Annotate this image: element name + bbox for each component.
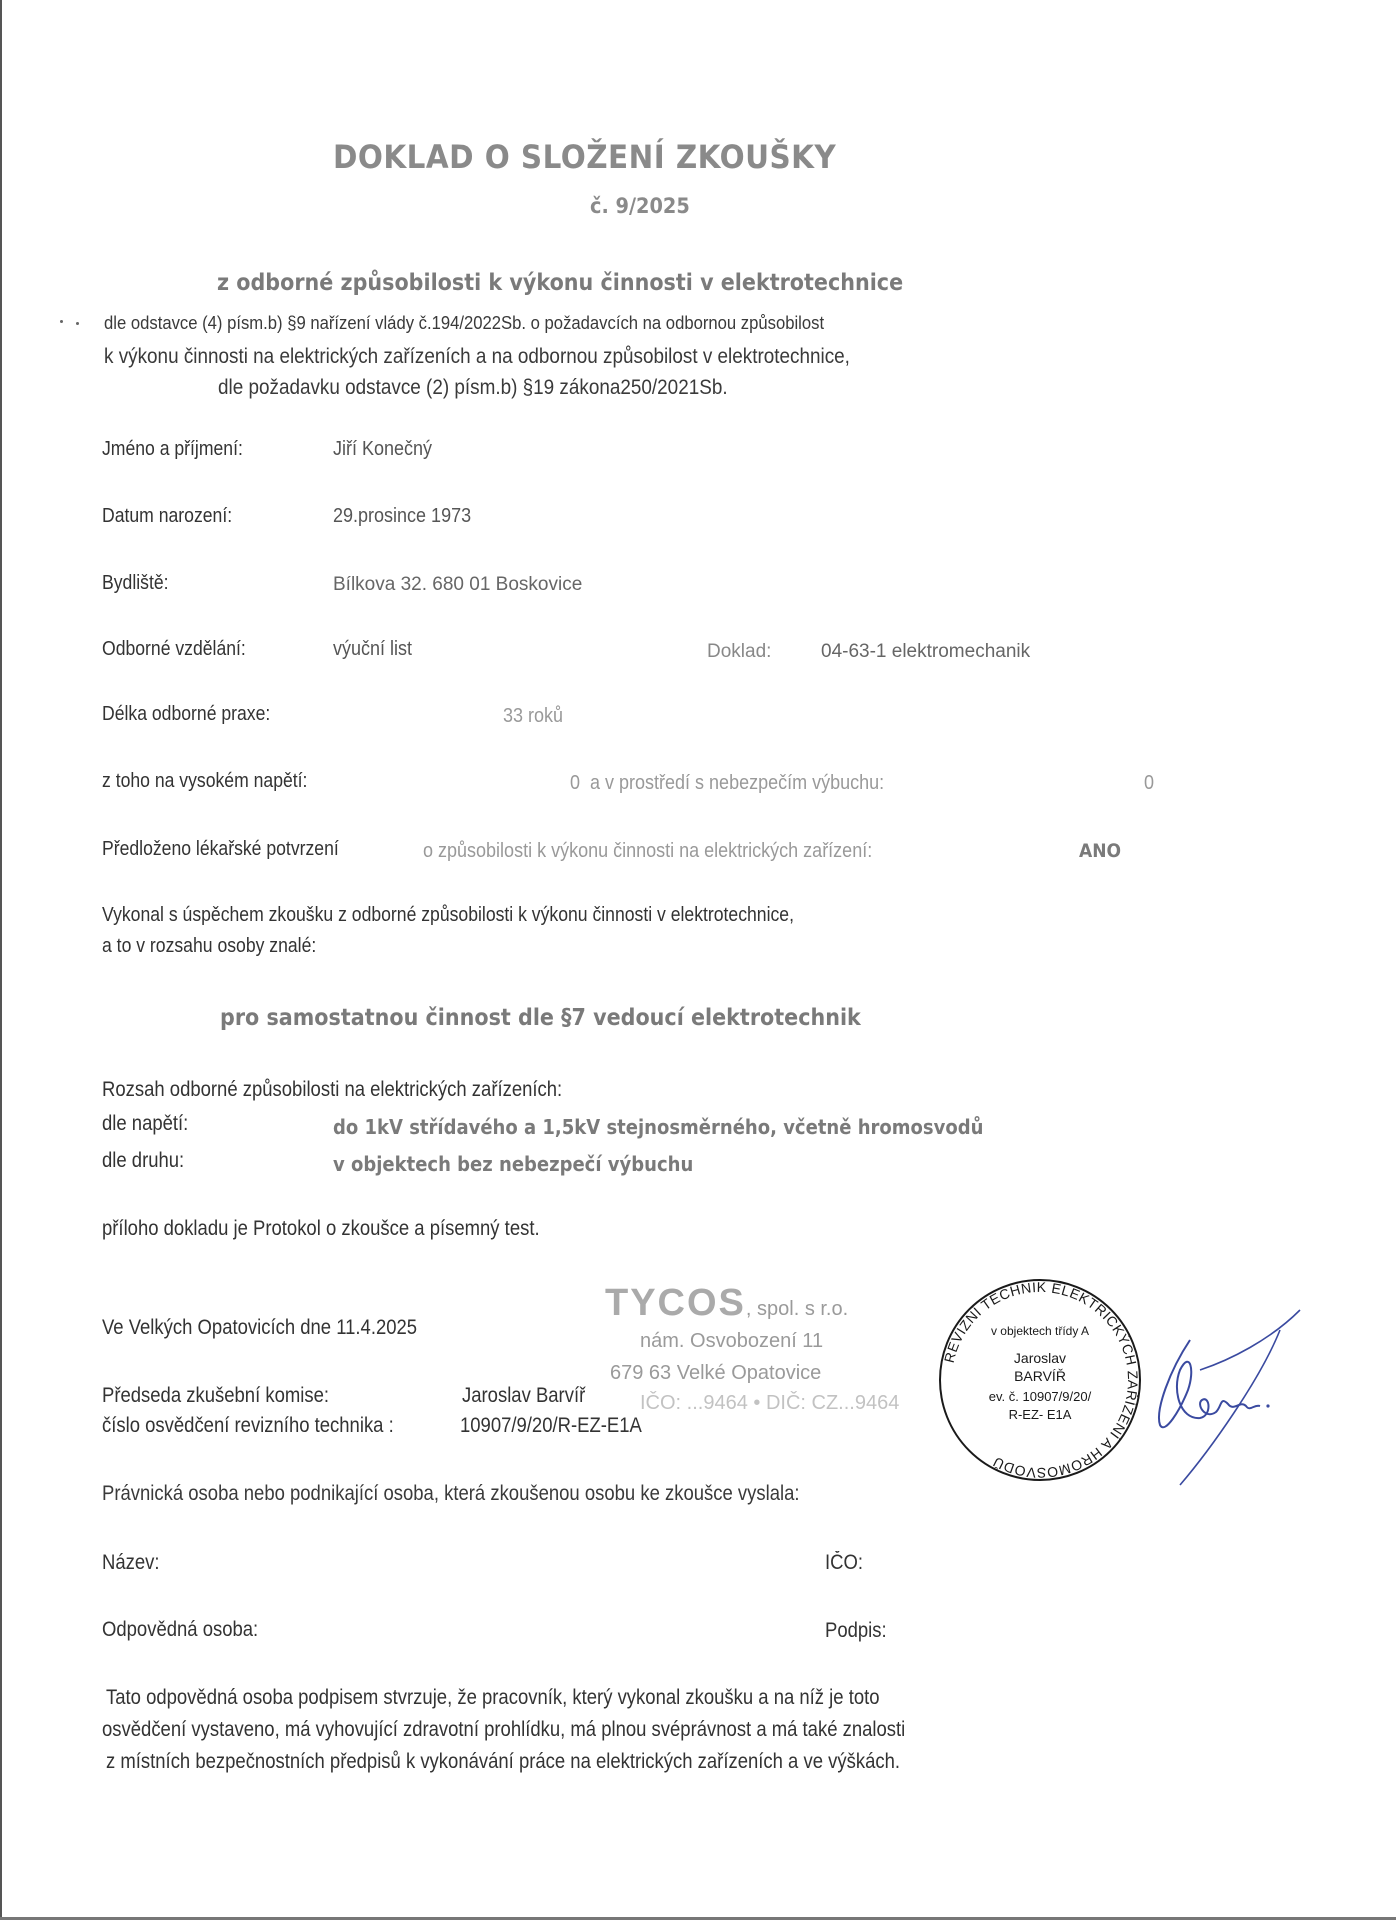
scope-voltage-label: dle napětí: <box>102 1112 188 1136</box>
document-subtitle: z odborné způsobilosti k výkonu činnosti… <box>217 270 903 296</box>
responsible-person-label: Odpovědná osoba: <box>102 1618 258 1642</box>
declaration-line-1: Tato odpovědná osoba podpisem stvrzuje, … <box>106 1686 880 1710</box>
explosive-env-value: 0 <box>1144 772 1154 795</box>
high-voltage-label: z toho na vysokém napětí: <box>102 770 307 793</box>
scope-type-label: dle druhu: <box>102 1149 184 1173</box>
place-and-date: Ve Velkých Opatovicích dne 11.4.2025 <box>102 1316 417 1340</box>
scan-speck <box>76 322 79 325</box>
practice-value: 33 roků <box>503 705 563 728</box>
practice-label: Délka odborné praxe: <box>102 703 270 726</box>
document-number: č. 9/2025 <box>590 194 690 218</box>
scan-speck <box>60 320 63 323</box>
address-value: Bílkova 32. 680 01 Boskovice <box>333 574 582 596</box>
medical-label-cont: o způsobilosti k výkonu činnosti na elek… <box>423 840 872 863</box>
round-stamp-name1: Jaroslav <box>1014 1350 1066 1366</box>
company-stamp-ids-wrap: IČO: ...9464 • DIČ: CZ...9464 <box>640 1392 899 1415</box>
round-stamp-name2: BARVÍŘ <box>1014 1368 1066 1384</box>
name-label: Jméno a příjmení: <box>102 438 243 461</box>
company-stamp-street: nám. Osvobození 11 <box>640 1330 823 1352</box>
name-value: Jiří Konečný <box>333 438 432 461</box>
scope-heading: Rozsah odborné způsobilosti na elektrick… <box>102 1078 562 1102</box>
birth-date-value: 29.prosince 1973 <box>333 505 471 528</box>
scanned-document-page: DOKLAD O SLOŽENÍ ZKOUŠKY č. 9/2025 z odb… <box>0 0 1396 1920</box>
company-stamp-name: TYCOS <box>605 1282 746 1324</box>
result-line-2: a to v rozsahu osoby znalé: <box>102 935 316 958</box>
handwritten-signature <box>1150 1300 1310 1490</box>
explosive-env-label: a v prostředí s nebezpečím výbuchu: <box>590 772 884 795</box>
round-stamp-reg2: R-EZ- E1A <box>1009 1407 1072 1422</box>
employer-heading: Právnická osoba nebo podnikající osoba, … <box>102 1482 800 1506</box>
document-title: DOKLAD O SLOŽENÍ ZKOUŠKY <box>333 138 836 176</box>
declaration-line-2: osvědčení vystaveno, má vyhovující zdrav… <box>102 1718 905 1742</box>
round-certification-stamp: REVIZNÍ TECHNIK ELEKTRICKÝCH ZAŘÍZENÍ A … <box>935 1275 1145 1485</box>
birth-date-label: Datum narození: <box>102 505 232 528</box>
certificate-value: 04-63-1 elektromechanik <box>821 641 1030 663</box>
scope-type-value: v objektech bez nebezpečí výbuchu <box>333 1152 693 1176</box>
certificate-label: Doklad: <box>707 641 771 663</box>
legal-basis-line-1: dle odstavce (4) písm.b) §9 nařízení vlá… <box>104 312 824 334</box>
legal-basis-line-3: dle požadavku odstavce (2) písm.b) §19 z… <box>218 376 728 400</box>
company-stamp-street-wrap: nám. Osvobození 11 <box>640 1330 823 1353</box>
round-stamp-inner-top: v objektech třídy A <box>991 1324 1089 1338</box>
medical-value: ANO <box>1079 840 1121 862</box>
employer-name-label: Název: <box>102 1551 160 1575</box>
medical-label: Předloženo lékařské potvrzení <box>102 838 339 861</box>
scan-edge-left <box>0 0 2 1920</box>
employer-signature-label: Podpis: <box>825 1619 887 1643</box>
chair-label: Předseda zkušební komise: <box>102 1384 329 1408</box>
company-stamp-ids: IČO: ...9464 • DIČ: CZ...9464 <box>640 1392 899 1414</box>
company-stamp: TYCOS, spol. s r.o. <box>605 1282 848 1325</box>
result-line-1: Vykonal s úspěchem zkoušku z odborné způ… <box>102 904 794 927</box>
employer-ico-label: IČO: <box>825 1551 863 1575</box>
round-stamp-reg: ev. č. 10907/9/20/ <box>989 1389 1092 1404</box>
declaration-line-3: z místních bezpečnostních předpisů k vyk… <box>106 1750 900 1774</box>
technician-cert-label: číslo osvědčení revizního technika : <box>102 1414 394 1438</box>
education-label: Odborné vzdělání: <box>102 638 246 661</box>
education-value: výuční list <box>333 638 412 661</box>
high-voltage-value: 0 <box>570 772 580 795</box>
technician-cert-value: 10907/9/20/R-EZ-E1A <box>460 1414 642 1438</box>
chair-value: Jaroslav Barvíř <box>462 1384 585 1408</box>
scope-voltage-value: do 1kV střídavého a 1,5kV stejnosměrného… <box>333 1115 983 1139</box>
qualification: pro samostatnou činnost dle §7 vedoucí e… <box>220 1005 861 1031</box>
attachment-note: příloho dokladu je Protokol o zkoušce a … <box>102 1217 540 1241</box>
legal-basis-line-2: k výkonu činnosti na elektrických zaříze… <box>104 345 850 369</box>
company-stamp-city: 679 63 Velké Opatovice <box>610 1362 821 1384</box>
company-stamp-city-wrap: 679 63 Velké Opatovice <box>610 1362 821 1385</box>
company-stamp-suffix: , spol. s r.o. <box>746 1298 848 1320</box>
address-label: Bydliště: <box>102 572 169 595</box>
